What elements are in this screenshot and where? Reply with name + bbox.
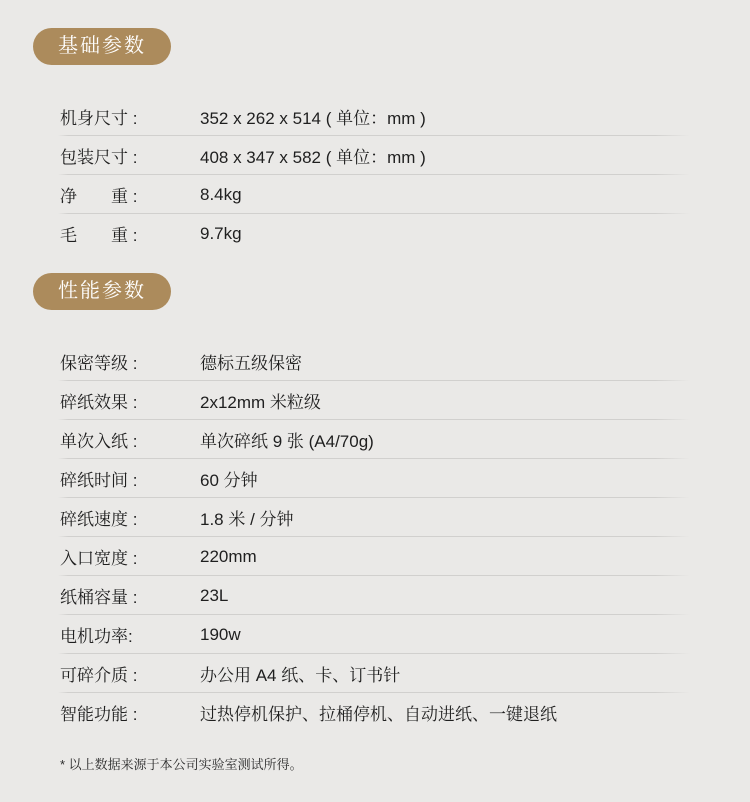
spec-row-shred-speed: 碎纸速度 : 1.8 米 / 分钟: [60, 498, 690, 537]
spec-label: 毛 重 :: [60, 221, 200, 246]
spec-row-bin-capacity: 纸桶容量 : 23L: [60, 576, 690, 615]
spec-value: 408 x 347 x 582 ( 单位：mm ): [200, 143, 690, 168]
spec-label: 碎纸时间 :: [60, 466, 200, 491]
spec-row-shreddable-media: 可碎介质 : 办公用 A4 纸、卡、订书针: [60, 654, 690, 693]
product-spec-sheet: { "page": { "background_color": "#eae9e7…: [0, 0, 750, 802]
spec-label: 碎纸效果 :: [60, 388, 200, 413]
spec-row-security-level: 保密等级 : 德标五级保密: [60, 342, 690, 381]
spec-value: 单次碎纸 9 张 (A4/70g): [200, 427, 690, 452]
spec-label: 纸桶容量 :: [60, 583, 200, 608]
spec-label: 可碎介质 :: [60, 661, 200, 686]
spec-row-smart-functions: 智能功能 : 过热停机保护、拉桶停机、自动进纸、一键退纸: [60, 693, 690, 732]
spec-value: 9.7kg: [200, 224, 690, 244]
spec-label: 电机功率:: [60, 622, 200, 647]
spec-label: 碎纸速度 :: [60, 505, 200, 530]
spec-label: 智能功能 :: [60, 700, 200, 725]
spec-value: 办公用 A4 纸、卡、订书针: [200, 661, 690, 686]
section-title-performance-params: 性能参数: [33, 273, 171, 310]
spec-row-shred-effect: 碎纸效果 : 2x12mm 米粒级: [60, 381, 690, 420]
spec-row-package-size: 包装尺寸 : 408 x 347 x 582 ( 单位：mm ): [60, 136, 690, 175]
basic-params-table: 机身尺寸 : 352 x 262 x 514 ( 单位：mm ) 包装尺寸 : …: [60, 97, 690, 253]
spec-value: 220mm: [200, 547, 690, 567]
spec-value: 2x12mm 米粒级: [200, 388, 690, 413]
spec-value: 德标五级保密: [200, 349, 690, 374]
section-title-basic-params: 基础参数: [33, 28, 171, 65]
spec-row-motor-power: 电机功率: 190w: [60, 615, 690, 654]
spec-row-body-size: 机身尺寸 : 352 x 262 x 514 ( 单位：mm ): [60, 97, 690, 136]
performance-params-table: 保密等级 : 德标五级保密 碎纸效果 : 2x12mm 米粒级 单次入纸 : 单…: [60, 342, 690, 732]
spec-row-gross-weight: 毛 重 : 9.7kg: [60, 214, 690, 253]
spec-value: 60 分钟: [200, 466, 690, 491]
spec-label: 机身尺寸 :: [60, 104, 200, 129]
spec-label: 保密等级 :: [60, 349, 200, 374]
spec-value: 过热停机保护、拉桶停机、自动进纸、一键退纸: [200, 700, 690, 725]
spec-label: 净 重 :: [60, 182, 200, 207]
spec-row-shred-time: 碎纸时间 : 60 分钟: [60, 459, 690, 498]
spec-row-net-weight: 净 重 : 8.4kg: [60, 175, 690, 214]
spec-value: 1.8 米 / 分钟: [200, 505, 690, 530]
spec-label: 包装尺寸 :: [60, 143, 200, 168]
footnote-text: * 以上数据来源于本公司实验室测试所得。: [60, 754, 690, 773]
spec-value: 352 x 262 x 514 ( 单位：mm ): [200, 104, 690, 129]
spec-label: 入口宽度 :: [60, 544, 200, 569]
spec-value: 190w: [200, 625, 690, 645]
spec-row-entry-width: 入口宽度 : 220mm: [60, 537, 690, 576]
spec-value: 8.4kg: [200, 185, 690, 205]
spec-value: 23L: [200, 586, 690, 606]
spec-label: 单次入纸 :: [60, 427, 200, 452]
spec-row-sheets-per-pass: 单次入纸 : 单次碎纸 9 张 (A4/70g): [60, 420, 690, 459]
